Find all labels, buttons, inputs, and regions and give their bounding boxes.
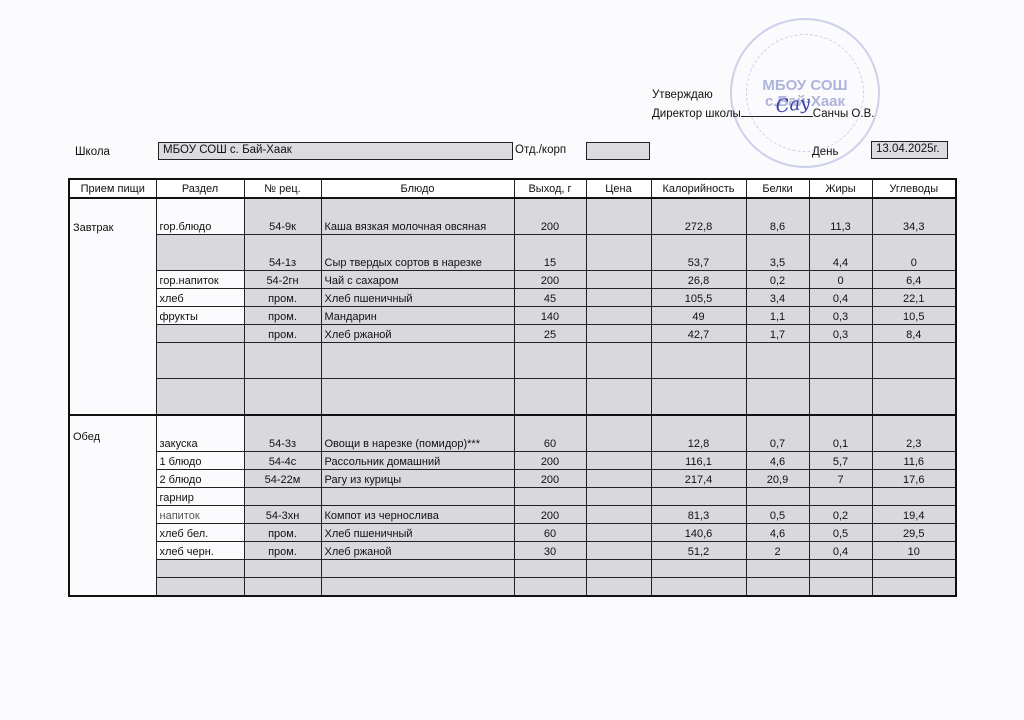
yield-cell: 30	[514, 542, 586, 560]
table-row: гарнир	[69, 488, 956, 506]
approval-block: Утверждаю Директор школыСанчы О.В.	[652, 87, 874, 123]
meal-cell: Обед	[69, 415, 156, 596]
carbs-cell: 2,3	[872, 415, 956, 452]
kcal-cell	[651, 379, 746, 416]
table-row: Обедзакуска54-3зОвощи в нарезке (помидор…	[69, 415, 956, 452]
kcal-cell: 140,6	[651, 524, 746, 542]
price-cell	[586, 452, 651, 470]
price-cell	[586, 289, 651, 307]
fat-cell	[809, 488, 872, 506]
recipe-cell: 54-2гн	[244, 271, 321, 289]
table-row	[69, 343, 956, 379]
section-cell: фрукты	[156, 307, 244, 325]
price-cell	[586, 470, 651, 488]
school-field[interactable]: МБОУ СОШ с. Бай-Хаак	[158, 142, 513, 160]
carbs-cell: 0	[872, 235, 956, 271]
protein-cell: 4,6	[746, 452, 809, 470]
section-cell	[156, 235, 244, 271]
recipe-cell	[244, 488, 321, 506]
price-cell	[586, 415, 651, 452]
dish-cell: Рагу из курицы	[321, 470, 514, 488]
fat-cell: 0,2	[809, 506, 872, 524]
carbs-cell: 8,4	[872, 325, 956, 343]
section-cell: гарнир	[156, 488, 244, 506]
section-cell: гор.напиток	[156, 271, 244, 289]
price-cell	[586, 506, 651, 524]
recipe-cell: пром.	[244, 542, 321, 560]
protein-cell: 0,5	[746, 506, 809, 524]
dish-cell: Компот из чернослива	[321, 506, 514, 524]
yield-cell: 60	[514, 524, 586, 542]
col-meal: Прием пищи	[69, 179, 156, 198]
section-cell	[156, 578, 244, 597]
yield-cell	[514, 488, 586, 506]
fat-cell: 0	[809, 271, 872, 289]
carbs-cell: 34,3	[872, 198, 956, 235]
yield-cell: 200	[514, 452, 586, 470]
meal-cell: Завтрак	[69, 198, 156, 415]
price-cell	[586, 578, 651, 597]
yield-cell	[514, 379, 586, 416]
carbs-cell: 29,5	[872, 524, 956, 542]
price-cell	[586, 560, 651, 578]
recipe-cell: 54-22м	[244, 470, 321, 488]
yield-cell	[514, 578, 586, 597]
yield-cell: 200	[514, 506, 586, 524]
col-fat: Жиры	[809, 179, 872, 198]
kcal-cell: 49	[651, 307, 746, 325]
section-cell	[156, 343, 244, 379]
price-cell	[586, 198, 651, 235]
dept-field[interactable]	[586, 142, 650, 160]
price-cell	[586, 271, 651, 289]
kcal-cell	[651, 560, 746, 578]
table-row: пром.Хлеб ржаной2542,71,70,38,4	[69, 325, 956, 343]
recipe-cell: пром.	[244, 524, 321, 542]
recipe-cell: 54-4с	[244, 452, 321, 470]
yield-cell: 140	[514, 307, 586, 325]
day-label: День	[812, 146, 839, 158]
dish-cell: Мандарин	[321, 307, 514, 325]
signature: Сау	[774, 91, 818, 124]
kcal-cell: 42,7	[651, 325, 746, 343]
protein-cell: 1,1	[746, 307, 809, 325]
fat-cell	[809, 379, 872, 416]
fat-cell	[809, 560, 872, 578]
yield-cell: 25	[514, 325, 586, 343]
yield-cell: 15	[514, 235, 586, 271]
section-cell: закуска	[156, 415, 244, 452]
price-cell	[586, 379, 651, 416]
price-cell	[586, 542, 651, 560]
price-cell	[586, 235, 651, 271]
protein-cell: 20,9	[746, 470, 809, 488]
director-name: Санчы О.В.	[813, 108, 875, 120]
yield-cell: 60	[514, 415, 586, 452]
meal-name: Обед	[73, 430, 153, 444]
table-row: хлеб черн.пром.Хлеб ржаной3051,220,410	[69, 542, 956, 560]
recipe-cell: 54-9к	[244, 198, 321, 235]
dish-cell: Рассольник домашний	[321, 452, 514, 470]
table-row: 54-1зСыр твердых сортов в нарезке1553,73…	[69, 235, 956, 271]
kcal-cell: 12,8	[651, 415, 746, 452]
carbs-cell	[872, 379, 956, 416]
protein-cell	[746, 488, 809, 506]
table-row: хлебпром.Хлеб пшеничный45105,53,40,422,1	[69, 289, 956, 307]
col-protein: Белки	[746, 179, 809, 198]
table-row	[69, 578, 956, 597]
carbs-cell: 6,4	[872, 271, 956, 289]
director-label: Директор школы	[652, 108, 741, 120]
carbs-cell: 19,4	[872, 506, 956, 524]
fat-cell: 0,3	[809, 325, 872, 343]
yield-cell	[514, 560, 586, 578]
fat-cell: 0,1	[809, 415, 872, 452]
recipe-cell: пром.	[244, 289, 321, 307]
day-field[interactable]: 13.04.2025г.	[871, 141, 948, 159]
table-row: фруктыпром.Мандарин140491,10,310,5	[69, 307, 956, 325]
table-row: гор.напиток54-2гнЧай с сахаром20026,80,2…	[69, 271, 956, 289]
carbs-cell	[872, 343, 956, 379]
carbs-cell	[872, 578, 956, 597]
table-row: 2 блюдо54-22мРагу из курицы200217,420,97…	[69, 470, 956, 488]
carbs-cell	[872, 560, 956, 578]
recipe-cell: пром.	[244, 307, 321, 325]
col-dish: Блюдо	[321, 179, 514, 198]
section-cell	[156, 560, 244, 578]
carbs-cell: 17,6	[872, 470, 956, 488]
yield-cell: 45	[514, 289, 586, 307]
protein-cell: 0,2	[746, 271, 809, 289]
kcal-cell: 217,4	[651, 470, 746, 488]
protein-cell: 3,5	[746, 235, 809, 271]
price-cell	[586, 307, 651, 325]
recipe-cell: пром.	[244, 325, 321, 343]
table-row: хлеб бел.пром.Хлеб пшеничный60140,64,60,…	[69, 524, 956, 542]
section-cell: 2 блюдо	[156, 470, 244, 488]
col-yield: Выход, г	[514, 179, 586, 198]
kcal-cell: 81,3	[651, 506, 746, 524]
recipe-cell	[244, 343, 321, 379]
menu-table: Прием пищи Раздел № рец. Блюдо Выход, г …	[68, 178, 957, 597]
kcal-cell: 116,1	[651, 452, 746, 470]
dish-cell	[321, 343, 514, 379]
carbs-cell: 22,1	[872, 289, 956, 307]
dish-cell: Чай с сахаром	[321, 271, 514, 289]
kcal-cell: 53,7	[651, 235, 746, 271]
fat-cell: 0,4	[809, 542, 872, 560]
dept-label: Отд./корп	[515, 144, 566, 156]
price-cell	[586, 488, 651, 506]
fat-cell: 0,5	[809, 524, 872, 542]
yield-cell	[514, 343, 586, 379]
dish-cell: Сыр твердых сортов в нарезке	[321, 235, 514, 271]
section-cell: гор.блюдо	[156, 198, 244, 235]
recipe-cell	[244, 560, 321, 578]
protein-cell	[746, 379, 809, 416]
table-row	[69, 379, 956, 416]
table-row: 1 блюдо54-4сРассольник домашний200116,14…	[69, 452, 956, 470]
price-cell	[586, 524, 651, 542]
section-cell: напиток	[156, 506, 244, 524]
dish-cell: Хлеб пшеничный	[321, 524, 514, 542]
kcal-cell: 105,5	[651, 289, 746, 307]
section-cell: хлеб	[156, 289, 244, 307]
approve-label: Утверждаю	[652, 87, 874, 104]
kcal-cell: 272,8	[651, 198, 746, 235]
dish-cell: Овощи в нарезке (помидор)***	[321, 415, 514, 452]
dish-cell	[321, 488, 514, 506]
recipe-cell	[244, 578, 321, 597]
fat-cell: 11,3	[809, 198, 872, 235]
fat-cell: 0,3	[809, 307, 872, 325]
fat-cell: 0,4	[809, 289, 872, 307]
section-cell	[156, 325, 244, 343]
fat-cell	[809, 343, 872, 379]
col-section: Раздел	[156, 179, 244, 198]
table-row: напиток54-3хнКомпот из чернослива20081,3…	[69, 506, 956, 524]
protein-cell: 1,7	[746, 325, 809, 343]
dish-cell	[321, 379, 514, 416]
meal-name: Завтрак	[73, 221, 153, 235]
protein-cell	[746, 343, 809, 379]
fat-cell: 5,7	[809, 452, 872, 470]
col-kcal: Калорийность	[651, 179, 746, 198]
carbs-cell: 11,6	[872, 452, 956, 470]
director-line: Директор школыСанчы О.В.	[652, 104, 874, 123]
section-cell: хлеб бел.	[156, 524, 244, 542]
yield-cell: 200	[514, 271, 586, 289]
section-cell	[156, 379, 244, 416]
protein-cell: 4,6	[746, 524, 809, 542]
col-carbs: Углеводы	[872, 179, 956, 198]
dish-cell: Каша вязкая молочная овсяная	[321, 198, 514, 235]
protein-cell: 3,4	[746, 289, 809, 307]
dish-cell: Хлеб ржаной	[321, 325, 514, 343]
kcal-cell: 51,2	[651, 542, 746, 560]
recipe-cell: 54-3хн	[244, 506, 321, 524]
carbs-cell: 10	[872, 542, 956, 560]
protein-cell: 0,7	[746, 415, 809, 452]
protein-cell	[746, 578, 809, 597]
recipe-cell: 54-1з	[244, 235, 321, 271]
carbs-cell: 10,5	[872, 307, 956, 325]
table-header-row: Прием пищи Раздел № рец. Блюдо Выход, г …	[69, 179, 956, 198]
table-row	[69, 560, 956, 578]
price-cell	[586, 343, 651, 379]
kcal-cell	[651, 578, 746, 597]
price-cell	[586, 325, 651, 343]
protein-cell: 8,6	[746, 198, 809, 235]
protein-cell: 2	[746, 542, 809, 560]
col-price: Цена	[586, 179, 651, 198]
dish-cell	[321, 578, 514, 597]
fat-cell: 7	[809, 470, 872, 488]
carbs-cell	[872, 488, 956, 506]
protein-cell	[746, 560, 809, 578]
yield-cell: 200	[514, 198, 586, 235]
menu-body: Завтракгор.блюдо54-9кКаша вязкая молочна…	[69, 198, 956, 596]
kcal-cell: 26,8	[651, 271, 746, 289]
table-row: Завтракгор.блюдо54-9кКаша вязкая молочна…	[69, 198, 956, 235]
school-label: Школа	[75, 146, 110, 158]
section-cell: 1 блюдо	[156, 452, 244, 470]
recipe-cell	[244, 379, 321, 416]
yield-cell: 200	[514, 470, 586, 488]
fat-cell	[809, 578, 872, 597]
section-cell: хлеб черн.	[156, 542, 244, 560]
col-recipe: № рец.	[244, 179, 321, 198]
dish-cell: Хлеб пшеничный	[321, 289, 514, 307]
fat-cell: 4,4	[809, 235, 872, 271]
kcal-cell	[651, 343, 746, 379]
dish-cell: Хлеб ржаной	[321, 542, 514, 560]
kcal-cell	[651, 488, 746, 506]
recipe-cell: 54-3з	[244, 415, 321, 452]
dish-cell	[321, 560, 514, 578]
